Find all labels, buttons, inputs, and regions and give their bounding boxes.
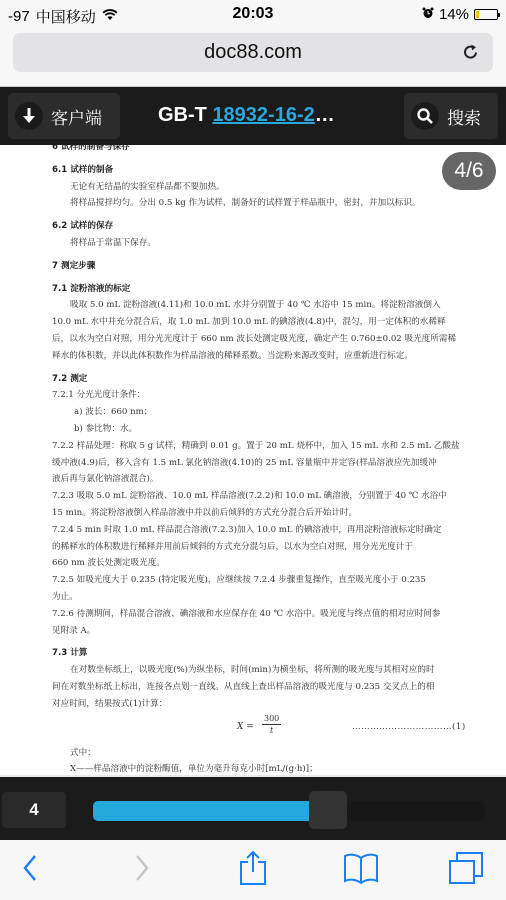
document-title: GB-T 18932-16-2… — [158, 104, 335, 127]
address-bar[interactable]: doc88.com — [13, 33, 493, 72]
alarm-icon — [422, 6, 434, 23]
equation-number: ……………………………(1) — [352, 719, 466, 736]
paragraph-line: 660 nm 波长处测定吸光度。 — [52, 555, 492, 572]
section-heading: 7.1 淀粉溶液的标定 — [52, 281, 492, 298]
paragraph-line: 间在对数坐标纸上标出，连接各点划一直线。从直线上查出样品溶液的吸光度与 0.23… — [52, 679, 492, 696]
paragraph-line: 为止。 — [52, 589, 492, 606]
url-text[interactable]: doc88.com — [13, 41, 493, 64]
section-heading: 6.1 试样的制备 — [52, 162, 492, 179]
paragraph-line: 10.0 mL 水中并充分混合后，取 1.0 mL 加到 10.0 mL 的碘溶… — [52, 314, 492, 331]
current-page-number[interactable]: 4 — [2, 792, 66, 828]
formula-denominator: t — [262, 725, 281, 736]
document-page: 6 试样的制备与保存6.1 试样的制备无论有无结晶的实验室样品都不要加热。将样品… — [52, 145, 492, 775]
paragraph-line: 的稀释水的体积数进行稀释并用前后倾斜的方式充分混匀后，以水为空白对照，用分光光度… — [52, 539, 492, 556]
paragraph-line: 7.2.4 5 min 时取 1.0 mL 样品混合溶液(7.2.3)加入 10… — [52, 522, 492, 539]
paragraph-line: 缓冲液(4.9)后，移入含有 1.5 mL 氯化钠溶液(4.10)的 25 mL… — [52, 455, 492, 472]
search-button-label: 搜索 — [447, 104, 481, 129]
list-item: b) 参比物：水。 — [52, 421, 492, 438]
share-button[interactable] — [233, 852, 273, 888]
bookmarks-icon — [343, 852, 379, 889]
paragraph-line: 后，以水为空白对照，用分光光度计于 660 nm 波长处测定吸光度，确定产生 0… — [52, 331, 492, 348]
paragraph-line: 将样品于常温下保存。 — [52, 235, 492, 252]
section-heading: 7 测定步骤 — [52, 258, 492, 275]
paragraph-line: 无论有无结晶的实验室样品都不要加热。 — [52, 179, 492, 196]
bookmarks-button[interactable] — [341, 852, 381, 888]
forward-button[interactable] — [122, 852, 162, 888]
formula: X =300t……………………………(1) — [52, 713, 492, 745]
paragraph-line: 释水的体积数，并以此体积数作为样品溶液的稀释系数。当淀粉来源改变时，应重新进行标… — [52, 348, 492, 365]
tabs-icon — [448, 851, 484, 890]
share-icon — [239, 850, 267, 891]
battery-percent: 14% — [439, 6, 469, 23]
page-slider-bar: 4 — [0, 775, 506, 840]
download-client-button[interactable]: 客户端 — [8, 93, 120, 139]
paragraph-line: 7.2.3 吸取 5.0 mL 淀粉溶液、10.0 mL 样品溶液(7.2.2)… — [52, 488, 492, 505]
formula-numerator: 300 — [262, 713, 281, 725]
reload-icon[interactable] — [461, 42, 481, 62]
formula-fraction: 300t — [262, 713, 281, 736]
paragraph-line: 7.2.2 样品处理：称取 5 g 试样，精确到 0.01 g。置于 20 mL… — [52, 438, 492, 455]
paragraph-line: 对应时间，结果按式(1)计算： — [52, 696, 492, 713]
client-button-label: 客户端 — [51, 104, 102, 129]
paragraph-line: 在对数坐标纸上，以吸光度(%)为纵坐标，时间(min)为横坐标，将所测的吸光度与… — [52, 662, 492, 679]
title-prefix: GB-T — [158, 104, 212, 126]
section-heading: 7.2 测定 — [52, 371, 492, 388]
title-ellipsis: … — [315, 104, 335, 126]
page-indicator-badge: 4/6 — [442, 152, 496, 190]
page-slider-fill — [93, 801, 311, 821]
section-heading: 6.2 试样的保存 — [52, 218, 492, 235]
document-header: 客户端 GB-T 18932-16-2… 搜索 — [0, 87, 506, 145]
paragraph-line: 式中： — [52, 745, 492, 762]
paragraph-line: X——样品溶液中的淀粉酶值，单位为毫升每克小时[mL/(g·h)]； — [52, 761, 492, 775]
section-heading: 7.3 计算 — [52, 645, 492, 662]
back-icon — [22, 854, 38, 887]
download-arrow-icon — [15, 102, 43, 130]
browser-toolbar — [0, 840, 506, 900]
paragraph-line: 7.2.6 待测期间，样品混合溶液、碘溶液和水应保存在 40 ℃ 水浴中。吸光度… — [52, 606, 492, 623]
formula-lhs: X = — [237, 719, 254, 736]
paragraph-line: 见附录 A。 — [52, 623, 492, 640]
list-item: a) 波长：660 nm； — [52, 404, 492, 421]
status-bar: -97 中国移动 20:03 14% — [0, 0, 506, 30]
page-slider-thumb[interactable] — [309, 791, 347, 829]
paragraph-line: 液后再与氯化钠溶液混合)。 — [52, 471, 492, 488]
document-viewer[interactable]: 6 试样的制备与保存6.1 试样的制备无论有无结晶的实验室样品都不要加热。将样品… — [0, 145, 506, 775]
battery-icon — [474, 9, 498, 20]
search-icon — [411, 102, 439, 130]
section-heading: 6 试样的制备与保存 — [52, 145, 492, 156]
paragraph-line: 吸取 5.0 mL 淀粉溶液(4.11)和 10.0 mL 水并分别置于 40 … — [52, 297, 492, 314]
paragraph-line: 将样品搅拌均匀。分出 0.5 kg 作为试样，制备好的试样置于样品瓶中，密封，并… — [52, 195, 492, 212]
back-button[interactable] — [10, 852, 50, 888]
browser-address-area: doc88.com — [0, 30, 506, 87]
search-button[interactable]: 搜索 — [404, 93, 498, 139]
title-code-link[interactable]: 18932-16-2 — [212, 104, 314, 126]
paragraph-line: 7.2.5 如吸光度大于 0.235 (特定吸光度)，应继续按 7.2.4 步骤… — [52, 572, 492, 589]
paragraph-line: 7.2.1 分光光度计条件： — [52, 387, 492, 404]
forward-icon — [134, 854, 150, 887]
paragraph-line: 15 min。将淀粉溶液倒入样品溶液中并以前后倾斜的方式充分混合后开始计时。 — [52, 505, 492, 522]
tabs-button[interactable] — [446, 852, 486, 888]
